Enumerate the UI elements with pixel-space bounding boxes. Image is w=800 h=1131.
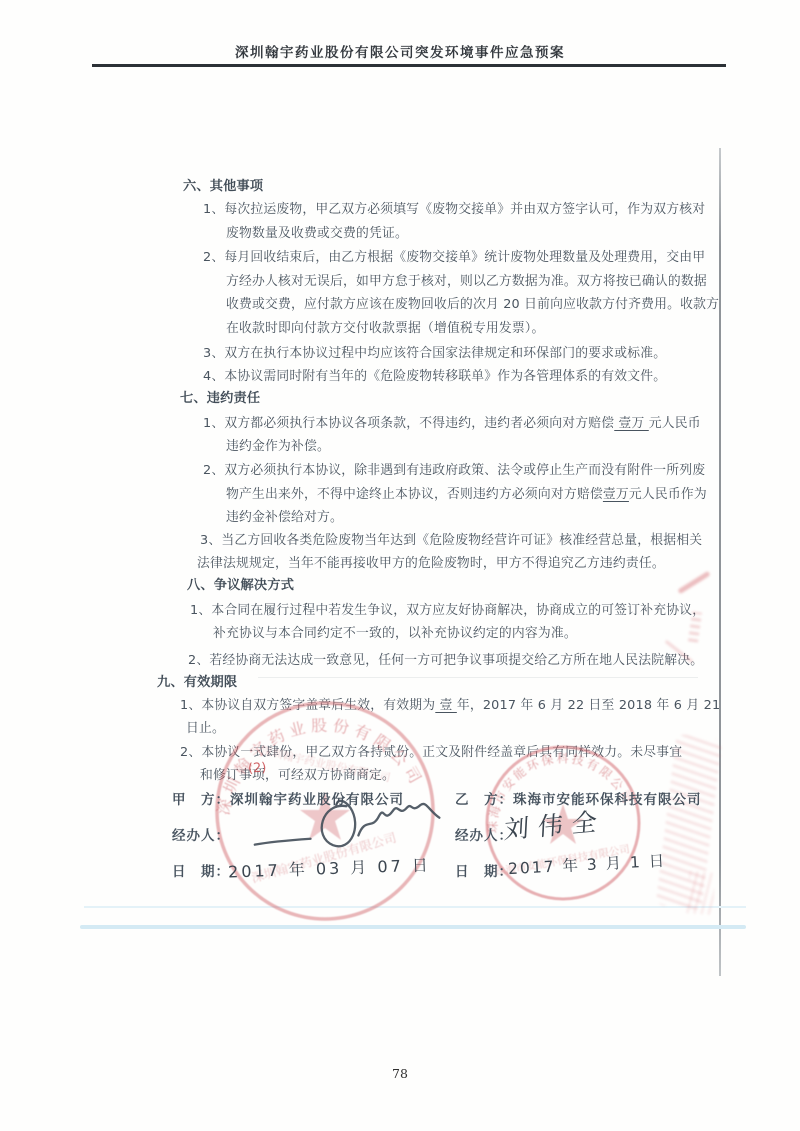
line-text: 元人民币作为 — [629, 487, 707, 502]
contract-line: 1、每次拉运废物，甲乙双方必须填写《废物交接单》并由双方签字认可，作为双方核对 — [203, 198, 705, 217]
contract-line: 3、当乙方回收各类危险废物当年达到《危险废物经营许可证》核准经营总量，根据相关 — [200, 529, 702, 548]
underlined-amount: 壹万 — [614, 416, 649, 431]
contract-line: 补充协议与本合同约定不一致的，以补充协议约定的内容为准。 — [213, 622, 577, 641]
line-text: 元人民币 — [649, 416, 701, 431]
document-header-title: 深圳翰宇药业股份有限公司突发环境事件应急预案 — [0, 41, 800, 61]
edge-seal-fragment — [687, 871, 716, 915]
line-text: 物产生出来外，不得中途终止本协议，否则违约方必须向对方赔偿 — [226, 487, 603, 502]
contract-line: 违约金作为补偿。 — [226, 435, 330, 454]
contract-line: 废物数量及收费或交费的凭证。 — [226, 222, 408, 241]
party-a-date-label: 日 期： — [172, 860, 230, 880]
contract-line: 收费或交费，应付款方应该在废物回收后的次月 20 日前向应收款方付齐费用。收款方 — [226, 293, 719, 312]
contract-line: 方经办人核对无误后，如甲方怠于核对，则以乙方数据为准。双方将按已确认的数据 — [226, 270, 707, 289]
contract-line: 3、双方在执行本协议过程中均应该符合国家法律规定和环保部门的要求或标准。 — [203, 342, 666, 361]
header-rule — [92, 64, 726, 67]
section-heading: 九、有效期限 — [157, 671, 237, 690]
contract-line: 1、双方都必须执行本协议各项条款，不得违约，违约者必须向对方赔偿 壹万 元人民币 — [203, 412, 701, 431]
underlined-amount: 壹万 — [603, 487, 629, 502]
scan-edge-line — [719, 148, 721, 976]
contract-line: 1、本合同在履行过程中若发生争议，双方应友好协商解决，协商成立的可签订补充协议， — [190, 599, 705, 618]
contract-line: 违约金补偿给对方。 — [226, 506, 343, 525]
page-number: 78 — [0, 1066, 800, 1081]
line-text: 1、双方都必须执行本协议各项条款，不得违约，违约者必须向对方赔偿 — [203, 416, 614, 431]
party-a-agent-label: 经办人： — [172, 824, 230, 844]
party-b-name: 珠海市安能环保科技有限公司 — [513, 792, 702, 808]
seal-inner-text: 深圳翰宇药业股份有限公司 — [260, 744, 392, 785]
contract-line: 法律法规规定，当年不能再接收甲方的危险废物时，甲方不得追究乙方违约责任。 — [197, 552, 665, 571]
contract-line: 4、本协议需同时附有当年的《危险废物转移联单》作为各管理体系的有效文件。 — [203, 365, 666, 384]
scan-artifact-line — [258, 677, 698, 678]
scanned-contract-page: 深圳翰宇药业股份有限公司突发环境事件应急预案 六、其他事项 1、每次拉运废物，甲… — [0, 0, 800, 1131]
contract-line: 在收款时即向付款方交付收款票据（增值税专用发票）。 — [226, 317, 545, 336]
contract-line: 2、若经协商无法达成一致意见，任何一方可把争议事项提交给乙方所在地人民法院解决。 — [188, 649, 703, 668]
contract-line: 2、双方必须执行本协议，除非遇到有违政府政策、法令或停止生产而没有附件一所列废 — [203, 459, 705, 478]
section-heading: 七、违约责任 — [180, 387, 260, 406]
edge-seal-fragment — [677, 571, 710, 594]
contract-line: 物产生出来外，不得中途终止本协议，否则违约方必须向对方赔偿壹万元人民币作为 — [226, 483, 707, 502]
section-heading: 八、争议解决方式 — [187, 574, 294, 593]
party-a-label: 甲 方： — [172, 792, 230, 808]
section-heading: 六、其他事项 — [183, 175, 263, 194]
contract-line: 2、每月回收结束后，由乙方根据《废物交接单》统计废物处理数量及处理费用，交由甲 — [203, 246, 705, 265]
party-b-date-label: 日 期： — [455, 860, 513, 880]
seal-copy-number: (2) — [248, 761, 267, 777]
line-text: 年，2017 年 6 月 22 日至 2018 年 6 月 21 — [457, 698, 720, 713]
